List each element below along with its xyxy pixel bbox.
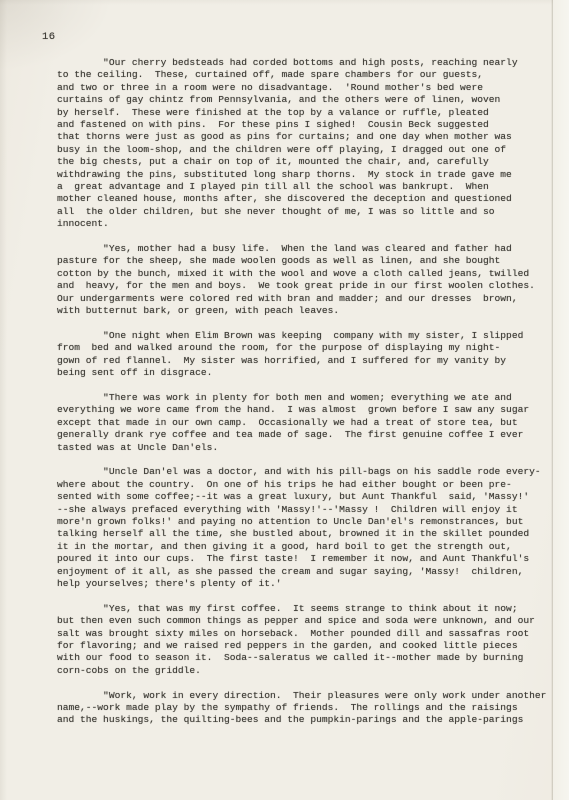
document-body: "Our cherry bedsteads had corded bottoms… xyxy=(57,57,557,739)
paragraph-uncle-danel: "Uncle Dan'el was a doctor, and with his… xyxy=(57,466,557,590)
paragraph-first-coffee: "Yes, that was my first coffee. It seems… xyxy=(57,603,557,677)
next-page-edge xyxy=(553,0,569,800)
paragraph-work-every-direction: "Work, work in every direction. Their pl… xyxy=(57,690,557,727)
paragraph-elim-brown: "One night when Elim Brown was keeping c… xyxy=(57,330,557,380)
scanned-typewritten-page: 16 "Our cherry bedsteads had corded bott… xyxy=(0,0,569,800)
paragraph-bedsteads: "Our cherry bedsteads had corded bottoms… xyxy=(57,57,557,231)
paragraph-mothers-busy-life: "Yes, mother had a busy life. When the l… xyxy=(57,243,557,317)
page-number: 16 xyxy=(42,31,56,43)
paragraph-work-in-plenty: "There was work in plenty for both men a… xyxy=(57,392,557,454)
